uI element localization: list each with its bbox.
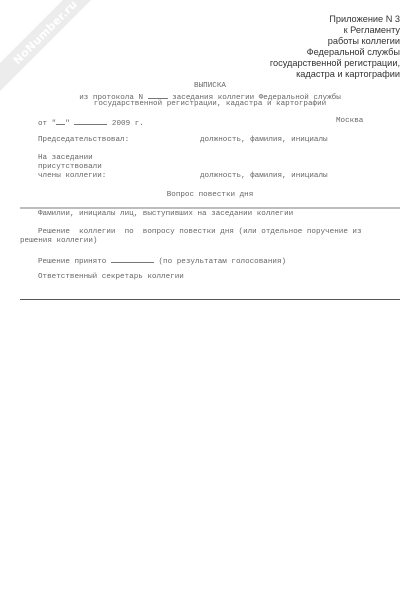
decision-taken-prefix: Решение принято [38,258,106,266]
attended-value: должность, фамилия, инициалы [200,172,328,180]
secretary-text: Ответственный секретарь коллегии [38,273,184,281]
month-blank [74,117,107,125]
attended-label-3: члены коллегии: [38,172,106,180]
decision-line-2: решения коллегии) [20,237,97,245]
date-line: от "" 2009 г. [38,117,144,128]
bottom-divider [20,299,400,300]
appendix-line: Приложение N 3 [270,14,400,25]
agenda-heading: Вопрос повестки дня [0,191,420,199]
appendix-line: Федеральной службы [270,47,400,58]
chaired-label: Председательствовал: [38,136,129,144]
decision-line-1: Решение коллегии по вопросу повестки дня… [38,228,362,236]
decision-taken-suffix: (по результатам голосования) [158,258,286,266]
appendix-line: к Регламенту [270,25,400,36]
watermark-text: NoNumber.ru [10,0,79,67]
agenda-divider [20,207,400,209]
protocol-number-blank [148,91,168,99]
chaired-value: должность, фамилия, инициалы [200,136,328,144]
agency-line: государственной регистрации, кадастра и … [0,100,420,108]
decision-taken-line: Решение принято (по результатам голосова… [38,255,286,266]
date-prefix: от " [38,120,56,128]
speakers-text: Фамилии, инициалы лиц, выступивших на за… [38,210,293,218]
attended-label-2: присутствовали [38,163,102,171]
date-year: 2009 г. [112,120,144,128]
day-blank [56,117,65,125]
document-title: ВЫПИСКА [0,82,420,90]
attended-label-1: На заседании [38,154,93,162]
appendix-line: государственной регистрации, [270,58,400,69]
appendix-line: работы коллегии [270,36,400,47]
appendix-line: кадастра и картографии [270,69,400,80]
city: Москва [336,117,363,125]
appendix-header: Приложение N 3 к Регламенту работы колле… [270,14,400,80]
decision-taken-blank [111,255,154,263]
date-quote: " [65,120,70,128]
